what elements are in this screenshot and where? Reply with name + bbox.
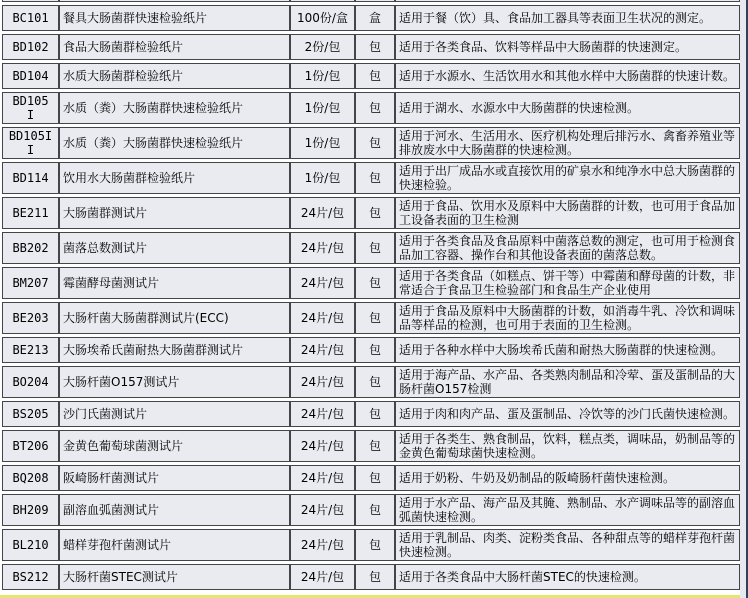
description-cell: 适用于河水、生活用水、医疗机构处理后排污水、禽畜养殖业等排放废水中大肠菌群的快速…	[395, 127, 740, 159]
spec-cell: 24片/包	[290, 197, 355, 229]
description-cell: 适用于水源水、生活饮用水和其他水样中大肠菌群的快速计数。	[395, 63, 740, 89]
description-cell: 适用于餐（饮）具、食品加工器具等表面卫生状况的测定。	[395, 5, 740, 31]
table-row[interactable]: BE203大肠杆菌大肠菌群测试片(ECC)24片/包包适用于食品及原料中大肠菌群…	[2, 302, 740, 334]
product-name-cell: 蜡样芽孢杆菌测试片	[59, 529, 290, 561]
spec-cell: 24片/包	[290, 232, 355, 264]
unit-cell: 包	[355, 92, 395, 124]
product-name-cell: 沙门氏菌测试片	[59, 401, 290, 427]
product-catalog-table: BC101餐具大肠菌群快速检验纸片100份/盒盒适用于餐（饮）具、食品加工器具等…	[2, 0, 740, 593]
product-code-cell: BE213	[2, 337, 59, 363]
unit-cell: 包	[355, 529, 395, 561]
product-code-cell: BE211	[2, 197, 59, 229]
table-row[interactable]: BD102食品大肠菌群检验纸片2份/包包适用于各类食品、饮料等样品中大肠菌群的快…	[2, 34, 740, 60]
description-cell: 适用于奶粉、牛奶及奶制品的阪崎肠杆菌快速检测。	[395, 465, 740, 491]
unit-cell: 包	[355, 366, 395, 398]
unit-cell: 包	[355, 430, 395, 462]
description-cell: 适用于各类食品及食品原料中菌落总数的测定，也可用于检测食品加工容器、操作台和其他…	[395, 232, 740, 264]
product-catalog-table-view: BC101餐具大肠菌群快速检验纸片100份/盒盒适用于餐（饮）具、食品加工器具等…	[0, 0, 748, 598]
spec-cell: 100份/盒	[290, 5, 355, 31]
unit-cell: 包	[355, 401, 395, 427]
product-code-cell: BS205	[2, 401, 59, 427]
product-name-cell: 金黄色葡萄球菌测试片	[59, 430, 290, 462]
spec-cell: 1份/包	[290, 63, 355, 89]
product-code-cell: BL210	[2, 529, 59, 561]
table-row[interactable]: BD105 I水质（粪）大肠菌群快速检验纸片1份/包包适用于湖水、水源水中大肠菌…	[2, 92, 740, 124]
unit-cell: 包	[355, 127, 395, 159]
product-code-cell: BD114	[2, 162, 59, 194]
spec-cell	[290, 0, 355, 2]
description-cell	[395, 0, 740, 2]
spec-cell: 24片/包	[290, 529, 355, 561]
spec-cell: 1份/包	[290, 162, 355, 194]
spec-cell: 24片/包	[290, 564, 355, 590]
description-cell: 适用于食品及原料中大肠菌群的计数，如消毒牛乳、冷饮和调味品等样品的检测，也可用于…	[395, 302, 740, 334]
spec-cell: 24片/包	[290, 267, 355, 299]
product-code-cell: BC101	[2, 5, 59, 31]
unit-cell: 包	[355, 197, 395, 229]
product-name-cell: 菌落总数测试片	[59, 232, 290, 264]
unit-cell: 包	[355, 465, 395, 491]
product-name-cell: 水质大肠菌群检验纸片	[59, 63, 290, 89]
unit-cell: 包	[355, 337, 395, 363]
table-row[interactable]: BE213大肠埃希氏菌耐热大肠菌群测试片24片/包包适用于各种水样中大肠埃希氏菌…	[2, 337, 740, 363]
product-code-cell: BE203	[2, 302, 59, 334]
product-name-cell: 水质（粪）大肠菌群快速检验纸片	[59, 92, 290, 124]
description-cell: 适用于出厂成品水或直接饮用的矿泉水和纯净水中总大肠菌群的快速检验。	[395, 162, 740, 194]
spec-cell: 24片/包	[290, 430, 355, 462]
table-row[interactable]: BB202菌落总数测试片24片/包包适用于各类食品及食品原料中菌落总数的测定，也…	[2, 232, 740, 264]
product-code-cell: BH209	[2, 494, 59, 526]
spec-cell: 24片/包	[290, 465, 355, 491]
table-row[interactable]: BD114饮用水大肠菌群检验纸片1份/包包适用于出厂成品水或直接饮用的矿泉水和纯…	[2, 162, 740, 194]
unit-cell: 包	[355, 232, 395, 264]
description-cell: 适用于各类生、熟食制品，饮料，糕点类，调味品，奶制品等的金黄色葡萄球菌快速检测。	[395, 430, 740, 462]
product-code-cell	[2, 0, 59, 2]
description-cell: 适用于湖水、水源水中大肠菌群的快速检测。	[395, 92, 740, 124]
product-name-cell: 副溶血弧菌测试片	[59, 494, 290, 526]
description-cell: 适用于各种水样中大肠埃希氏菌和耐热大肠菌群的快速检测。	[395, 337, 740, 363]
spec-cell: 2份/包	[290, 34, 355, 60]
product-code-cell: BT206	[2, 430, 59, 462]
product-code-cell: BS212	[2, 564, 59, 590]
product-name-cell: 大肠埃希氏菌耐热大肠菌群测试片	[59, 337, 290, 363]
table-row[interactable]: BD104水质大肠菌群检验纸片1份/包包适用于水源水、生活饮用水和其他水样中大肠…	[2, 63, 740, 89]
unit-cell: 包	[355, 267, 395, 299]
spec-cell: 24片/包	[290, 302, 355, 334]
unit-cell: 包	[355, 564, 395, 590]
product-name-cell: 大肠菌群测试片	[59, 197, 290, 229]
product-code-cell: BQ208	[2, 465, 59, 491]
description-cell: 适用于各类食品、饮料等样品中大肠菌群的快速测定。	[395, 34, 740, 60]
unit-cell: 盒	[355, 5, 395, 31]
table-row[interactable]: BS212大肠杆菌STEC测试片24片/包包适用于各类食品中大肠杆菌STEC的快…	[2, 564, 740, 590]
description-cell: 适用于海产品、水产品、各类熟肉制品和冷荤、蛋及蛋制品的大肠杆菌O157检测	[395, 366, 740, 398]
product-code-cell: BD105II	[2, 127, 59, 159]
unit-cell: 包	[355, 494, 395, 526]
product-name-cell: 霉菌酵母菌测试片	[59, 267, 290, 299]
table-row[interactable]: BO204大肠杆菌O157测试片24片/包包适用于海产品、水产品、各类熟肉制品和…	[2, 366, 740, 398]
product-name-cell: 饮用水大肠菌群检验纸片	[59, 162, 290, 194]
table-row[interactable]: BS205沙门氏菌测试片24片/包包适用于肉和肉产品、蛋及蛋制品、冷饮等的沙门氏…	[2, 401, 740, 427]
product-name-cell: 大肠杆菌大肠菌群测试片(ECC)	[59, 302, 290, 334]
product-code-cell: BD102	[2, 34, 59, 60]
spec-cell: 24片/包	[290, 337, 355, 363]
description-cell: 适用于各类食品（如糕点、饼干等）中霉菌和酵母菌的计数，非常适合于食品卫生检验部门…	[395, 267, 740, 299]
unit-cell: 包	[355, 302, 395, 334]
product-code-cell: BD105 I	[2, 92, 59, 124]
product-code-cell: BO204	[2, 366, 59, 398]
product-name-cell: 阪崎肠杆菌测试片	[59, 465, 290, 491]
table-row[interactable]: BC101餐具大肠菌群快速检验纸片100份/盒盒适用于餐（饮）具、食品加工器具等…	[2, 5, 740, 31]
table-row[interactable]: BL210蜡样芽孢杆菌测试片24片/包包适用于乳制品、肉类、淀粉类食品、各种甜点…	[2, 529, 740, 561]
table-row[interactable]: BE211大肠菌群测试片24片/包包适用于食品、饮用水及原料中大肠菌群的计数，也…	[2, 197, 740, 229]
description-cell: 适用于肉和肉产品、蛋及蛋制品、冷饮等的沙门氏菌快速检测。	[395, 401, 740, 427]
unit-cell: 包	[355, 34, 395, 60]
product-code-cell: BD104	[2, 63, 59, 89]
spec-cell: 24片/包	[290, 366, 355, 398]
unit-cell	[355, 0, 395, 2]
table-row[interactable]: BH209副溶血弧菌测试片24片/包包适用于水产品、海产品及其腌、熟制品、水产调…	[2, 494, 740, 526]
spec-cell: 1份/包	[290, 92, 355, 124]
table-row[interactable]: BQ208阪崎肠杆菌测试片24片/包包适用于奶粉、牛奶及奶制品的阪崎肠杆菌快速检…	[2, 465, 740, 491]
product-name-cell: 食品大肠菌群检验纸片	[59, 34, 290, 60]
product-name-cell: 水质（粪）大肠菌群快速检验纸片	[59, 127, 290, 159]
product-code-cell: BM207	[2, 267, 59, 299]
table-row-partial	[2, 0, 740, 2]
product-name-cell	[59, 0, 290, 2]
product-name-cell: 大肠杆菌O157测试片	[59, 366, 290, 398]
spec-cell: 24片/包	[290, 494, 355, 526]
description-cell: 适用于各类食品中大肠杆菌STEC的快速检测。	[395, 564, 740, 590]
spec-cell: 24片/包	[290, 401, 355, 427]
product-name-cell: 大肠杆菌STEC测试片	[59, 564, 290, 590]
spec-cell: 1份/包	[290, 127, 355, 159]
description-cell: 适用于食品、饮用水及原料中大肠菌群的计数，也可用于食品加工设备表面的卫生检测	[395, 197, 740, 229]
unit-cell: 包	[355, 63, 395, 89]
table-row[interactable]: BM207霉菌酵母菌测试片24片/包包适用于各类食品（如糕点、饼干等）中霉菌和酵…	[2, 267, 740, 299]
description-cell: 适用于乳制品、肉类、淀粉类食品、各种甜点等的蜡样芽孢杆菌快速检测。	[395, 529, 740, 561]
unit-cell: 包	[355, 162, 395, 194]
table-row[interactable]: BD105II水质（粪）大肠菌群快速检验纸片1份/包包适用于河水、生活用水、医疗…	[2, 127, 740, 159]
description-cell: 适用于水产品、海产品及其腌、熟制品、水产调味品等的副溶血弧菌快速检测。	[395, 494, 740, 526]
product-code-cell: BB202	[2, 232, 59, 264]
product-name-cell: 餐具大肠菌群快速检验纸片	[59, 5, 290, 31]
table-row[interactable]: BT206金黄色葡萄球菌测试片24片/包包适用于各类生、熟食制品，饮料，糕点类，…	[2, 430, 740, 462]
